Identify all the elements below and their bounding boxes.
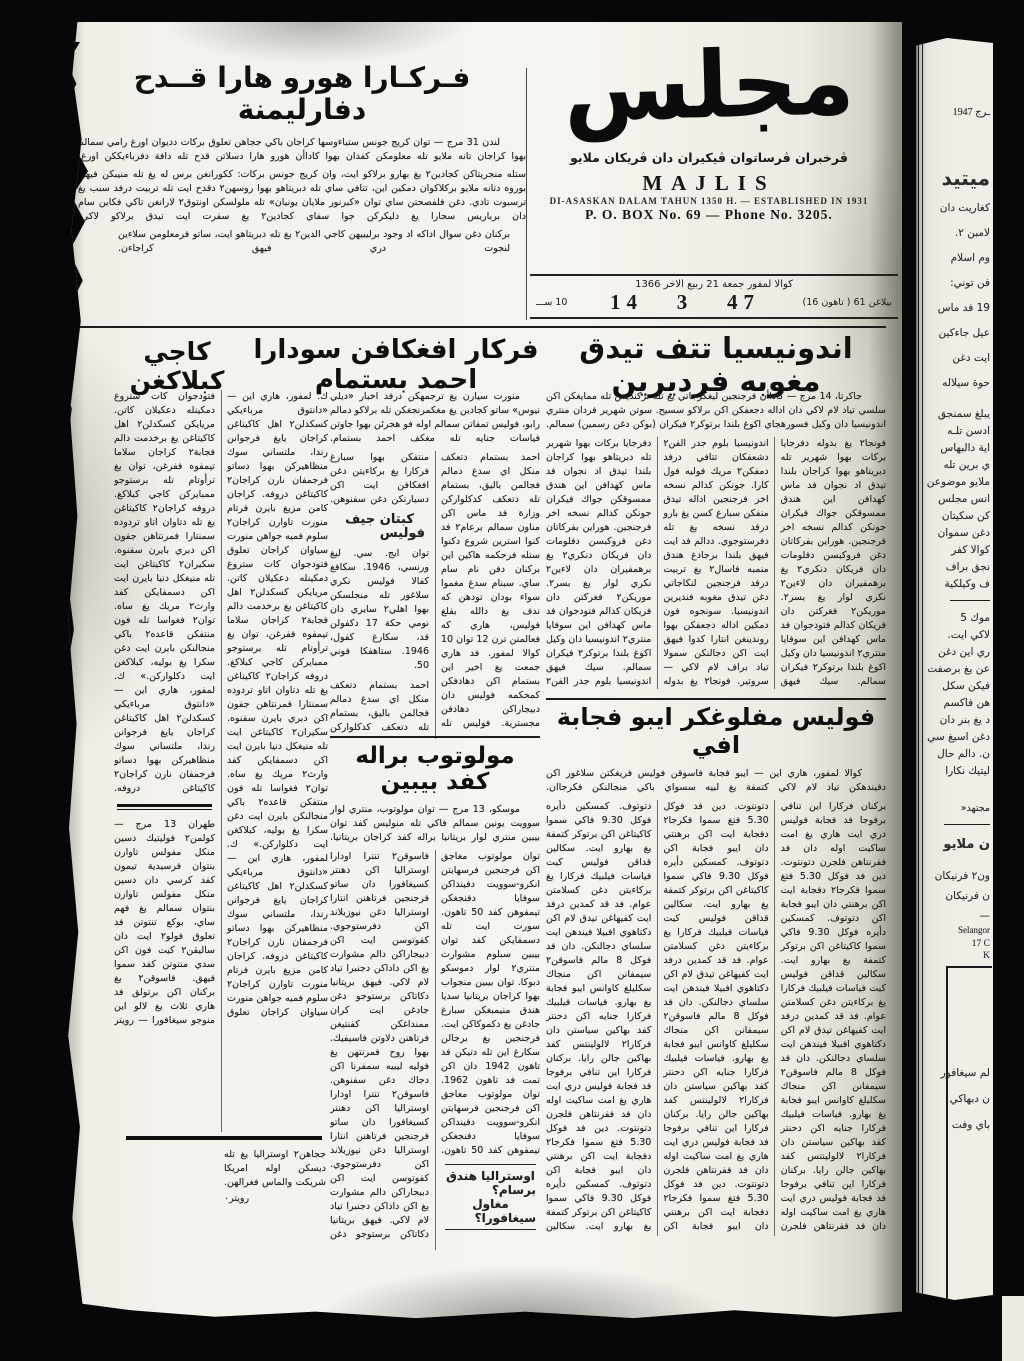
reuter-signature: رويتر٠ — [224, 1192, 326, 1206]
article-kedah-paragraph: ستله منجريتاكن كجادين٢ يغ بهارو برلاكو ا… — [78, 168, 526, 224]
article-kedah-paragraph: لندن 31 مرج — توان كريج جونس ستياءوسها ك… — [78, 136, 526, 164]
strip-divider — [944, 824, 990, 825]
strip-line-k: K — [983, 948, 990, 965]
article-gaji: ك. لمفور، هاري اين — «دانتوق مرباءيكي كس… — [114, 390, 328, 1132]
article-kedah-headline: فـركـارا هورو هارا قــدح دفارليمنة — [78, 62, 526, 126]
heavy-divider — [126, 1136, 322, 1140]
adjacent-page-strip: ـرج 1947 ميتيد كغاريت دان لامبن ٢. وم اس… — [916, 38, 993, 1300]
page-edge-line — [918, 38, 923, 1300]
article-molotov-headline: مولوتوب براله كفد بيبين — [330, 743, 540, 796]
article-molotov-intro: موسكو، 13 مرج — توان مولوتوب، منتري لوار… — [330, 803, 540, 845]
article-kedah: فـركـارا هورو هارا قــدح دفارليمنة لندن … — [78, 62, 526, 256]
article-polis-body: بركنان فركارا اين تنافي برفوجا فد فجابة … — [546, 800, 886, 1236]
price: 10 ســـ — [536, 297, 567, 308]
article-gaji-australia-text: ججاهن٢ اوستراليا يغ تله ديسكن اوله امريك… — [224, 1148, 326, 1190]
article-molotov-text: فاسوقن٢ تنترا اودارا اوستراليا اكن دهنتر… — [330, 850, 429, 1250]
article-polis-headline: فوليس مفلوغكر ايبو فجابة افي — [546, 704, 886, 759]
strip-date: ـرج 1947 — [953, 104, 990, 121]
strip-text-block: كغاريت دان لامبن ٢. وم اسلام فن توني: 19… — [938, 196, 990, 396]
contact-line: P. O. BOX No. 69 — Phone No. 3205. — [532, 207, 886, 223]
article-boestamam-headline: فركار افغكافن سودارا احمد بستمام — [250, 336, 542, 396]
page-tear — [62, 382, 76, 712]
article-indonesia: جاكرتا، 14 مرج — كاداأن فرجنجين ليغكرجات… — [546, 390, 886, 689]
strip-text-block: يبلغ سمنجق ادسن تلـه اية دالبهاس ي برين … — [927, 406, 990, 593]
date-box: كوالا لمفور جمعة 21 ربيع الاخر 1366 بيلا… — [530, 274, 898, 319]
article-polis: فوليس مفلوغكر ايبو فجابة افي كوالا لمفور… — [546, 698, 886, 1236]
item-divider — [117, 804, 212, 810]
strip-text-block: لم سيغافور ن دبهاكي باي وفت — [941, 1060, 990, 1138]
scan-background: فـركـارا هورو هارا قــدح دفارليمنة لندن … — [0, 0, 1024, 1361]
article-boestamam-subpara: توان ايج. سي. ليغ ورنسي، 1946. سكافغ كفا… — [330, 547, 429, 673]
article-kedah-paragraph: بركنان دغن سوال اداكه اد وجود برليبيهن ك… — [118, 228, 510, 256]
article-molotov-subhead: اوستراليا هندق برسام؟ مغاول سيغافورا؟ — [445, 1164, 536, 1230]
established-line: DI-ASASKAN DALAM TAHUN 1350 H. — ESTABLI… — [532, 196, 886, 206]
article-boestamam: منورت سيارن يغ ترجمهكن درفد اخبار «ديلي … — [330, 390, 540, 739]
strip-divider — [950, 600, 990, 601]
newspaper-page: فـركـارا هورو هارا قــدح دفارليمنة لندن … — [64, 22, 902, 1322]
article-boestamam-intro: منورت سيارن يغ ترجمهكن درفد اخبار «ديلي … — [330, 390, 540, 446]
article-boestamam-subhead: كبتان جيف فوليس — [334, 513, 425, 541]
strip-text-block: ن ملايو — [943, 836, 990, 853]
facing-page-corner — [1002, 1296, 1024, 1361]
article-gaji-tehran: طهران 13 مرج — كولمن٢ فوليتيك دسين منكل … — [114, 818, 215, 1028]
column-divider — [526, 68, 527, 320]
page-tear — [62, 762, 72, 1042]
article-indonesia-body: فونجا٢ يغ بدوله دفرجايا بركات بهوا شهرير… — [546, 437, 886, 689]
article-gaji-headline: كاجي كبلاكغن — [102, 338, 252, 396]
masthead-title-calligraphy: مجلس — [530, 19, 887, 152]
article-indonesia-intro: جاكرتا، 14 مرج — كاداأن فرجنجين ليغكرجات… — [546, 390, 886, 432]
article-boestamam-body: احمد بستمام دتعكف منكل اي سدغ دمالم فجال… — [330, 451, 540, 739]
article-molotov-body: توان مولوتوب مغاجق اكن فرجنجين فرسهابتن … — [330, 850, 540, 1250]
issue-number: بيلاغن 61 ( تاهون 16) — [802, 297, 892, 308]
strip-word-large: ميتيد — [942, 170, 990, 187]
article-gaji-body: ك. لمفور، هاري اين — «دانتوق مرباءيكي كس… — [114, 390, 328, 1132]
article-gaji-australia: ججاهن٢ اوستراليا يغ تله ديسكن اوله امريك… — [224, 1148, 326, 1206]
strip-text-block: مجتهد« — [961, 800, 990, 817]
article-molotov: مولوتوب براله كفد بيبين موسكو، 13 مرج — … — [330, 736, 540, 1250]
masthead-latin-title: MAJLIS — [532, 171, 886, 196]
article-molotov-text: توان مولوتوب مغاجق اكن فرجنجين فرسهابتن … — [441, 850, 540, 1158]
date-numeric: 14 3 47 — [610, 290, 760, 315]
section-divider — [78, 326, 886, 328]
masthead-subtitle: ڤرخبران ڤرساتوان ڤيكيران دان ڤريكان ملاي… — [532, 150, 886, 165]
strip-text-block: ون٢ فرنيكان ن فرنيكان — — [935, 866, 990, 926]
article-polis-intro: كوالا لمفور، هاري اين — ايبو فجابة فاسوق… — [546, 767, 886, 795]
masthead: مجلس ڤرخبران ڤرساتوان ڤيكيران دان ڤريكان… — [532, 24, 886, 223]
article-indonesia-headline: اندونيسيا تتف تيدق مغوبه فرديرين — [546, 332, 886, 399]
strip-text-block: موك 5 لاكي ايت. ري اين دغن عن يغ برصفت ف… — [927, 610, 990, 780]
hijri-date: كوالا لمفور جمعة 21 ربيع الاخر 1366 — [536, 279, 892, 290]
